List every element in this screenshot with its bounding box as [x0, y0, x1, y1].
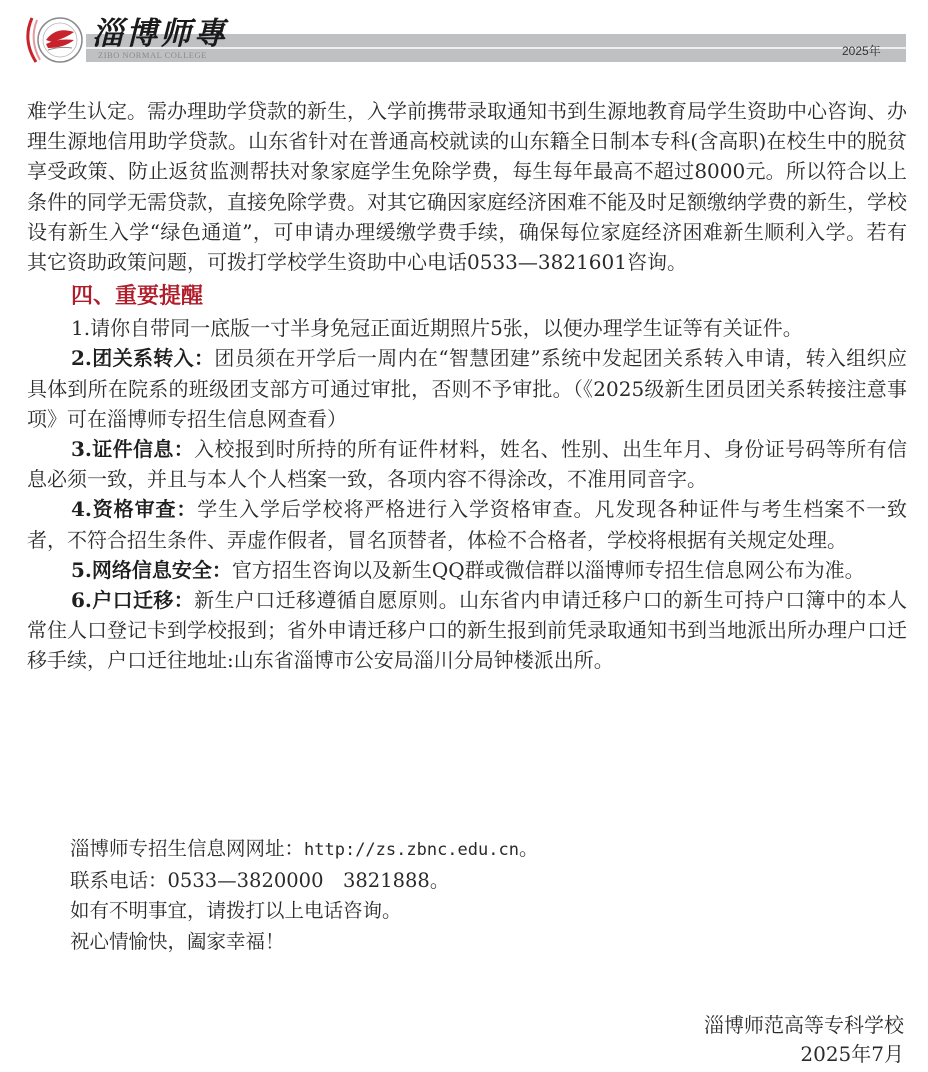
reminder-item-6: 6.户口迁移：新生户口迁移遵循自愿原则。山东省内申请迁移户口的新生可持户口簿中的… [27, 585, 907, 676]
document-body: 难学生认定。需办理助学贷款的新生，入学前携带录取通知书到生源地教育局学生资助中心… [27, 96, 907, 676]
reminder-label: 6.户口迁移： [71, 588, 194, 612]
reminder-label: 3.证件信息： [71, 437, 194, 461]
reminder-text: 官方招生咨询以及新生QQ群或微信群以淄博师专招生信息网公布为准。 [232, 558, 865, 582]
reminder-item-1: 1.请你自带同一底版一寸半身免冠正面近期照片5张，以便办理学生证等有关证件。 [27, 313, 907, 343]
inquiry-line: 如有不明事宜，请拨打以上电话咨询。 [70, 896, 538, 927]
signature-block: 淄博师范高等专科学校 2025年7月 [704, 1011, 904, 1069]
page-header: 淄博师專 ZIBO NORMAL COLLEGE 2025年 [0, 0, 928, 72]
reminder-item-2: 2.团关系转入：团员须在开学后一周内在“智慧团建”系统中发起团关系转入申请，转入… [27, 343, 907, 434]
reminder-text: 1.请你自带同一底版一寸半身免冠正面近期照片5张，以便办理学生证等有关证件。 [71, 316, 803, 340]
reminder-item-4: 4.资格审查：学生入学后学校将严格进行入学资格审查。凡发现各种证件与考生档案不一… [27, 494, 907, 554]
wish-line: 祝心情愉快，阖家幸福！ [70, 927, 538, 958]
website-line-end: 。 [519, 837, 539, 860]
reminder-item-5: 5.网络信息安全：官方招生咨询以及新生QQ群或微信群以淄博师专招生信息网公布为准… [27, 555, 907, 585]
phone-line: 联系电话：0533—3820000 3821888。 [70, 866, 538, 897]
continued-paragraph: 难学生认定。需办理助学贷款的新生，入学前携带录取通知书到生源地教育局学生资助中心… [27, 96, 907, 277]
college-emblem-icon [22, 10, 86, 66]
website-label: 淄博师专招生信息网网址： [70, 837, 304, 860]
section-heading: 四、重要提醒 [71, 279, 907, 313]
signature-date: 2025年7月 [704, 1040, 904, 1069]
website-link[interactable]: http://zs.zbnc.edu.cn [304, 840, 519, 860]
school-name: 淄博师范高等专科学校 [704, 1011, 904, 1040]
reminder-label: 5.网络信息安全： [71, 558, 232, 582]
reminder-item-3: 3.证件信息：入校报到时所持的所有证件材料，姓名、性别、出生年月、身份证号码等所… [27, 434, 907, 494]
website-line: 淄博师专招生信息网网址：http://zs.zbnc.edu.cn。 [70, 834, 538, 866]
brand-name-english: ZIBO NORMAL COLLEGE [98, 50, 207, 60]
contact-block: 淄博师专招生信息网网址：http://zs.zbnc.edu.cn。 联系电话：… [70, 834, 538, 957]
reminder-label: 4.资格审查： [71, 497, 197, 521]
reminder-label: 2.团关系转入： [71, 346, 214, 370]
brand-name-chinese: 淄博师專 [92, 8, 228, 53]
header-year: 2025年 [842, 42, 881, 59]
